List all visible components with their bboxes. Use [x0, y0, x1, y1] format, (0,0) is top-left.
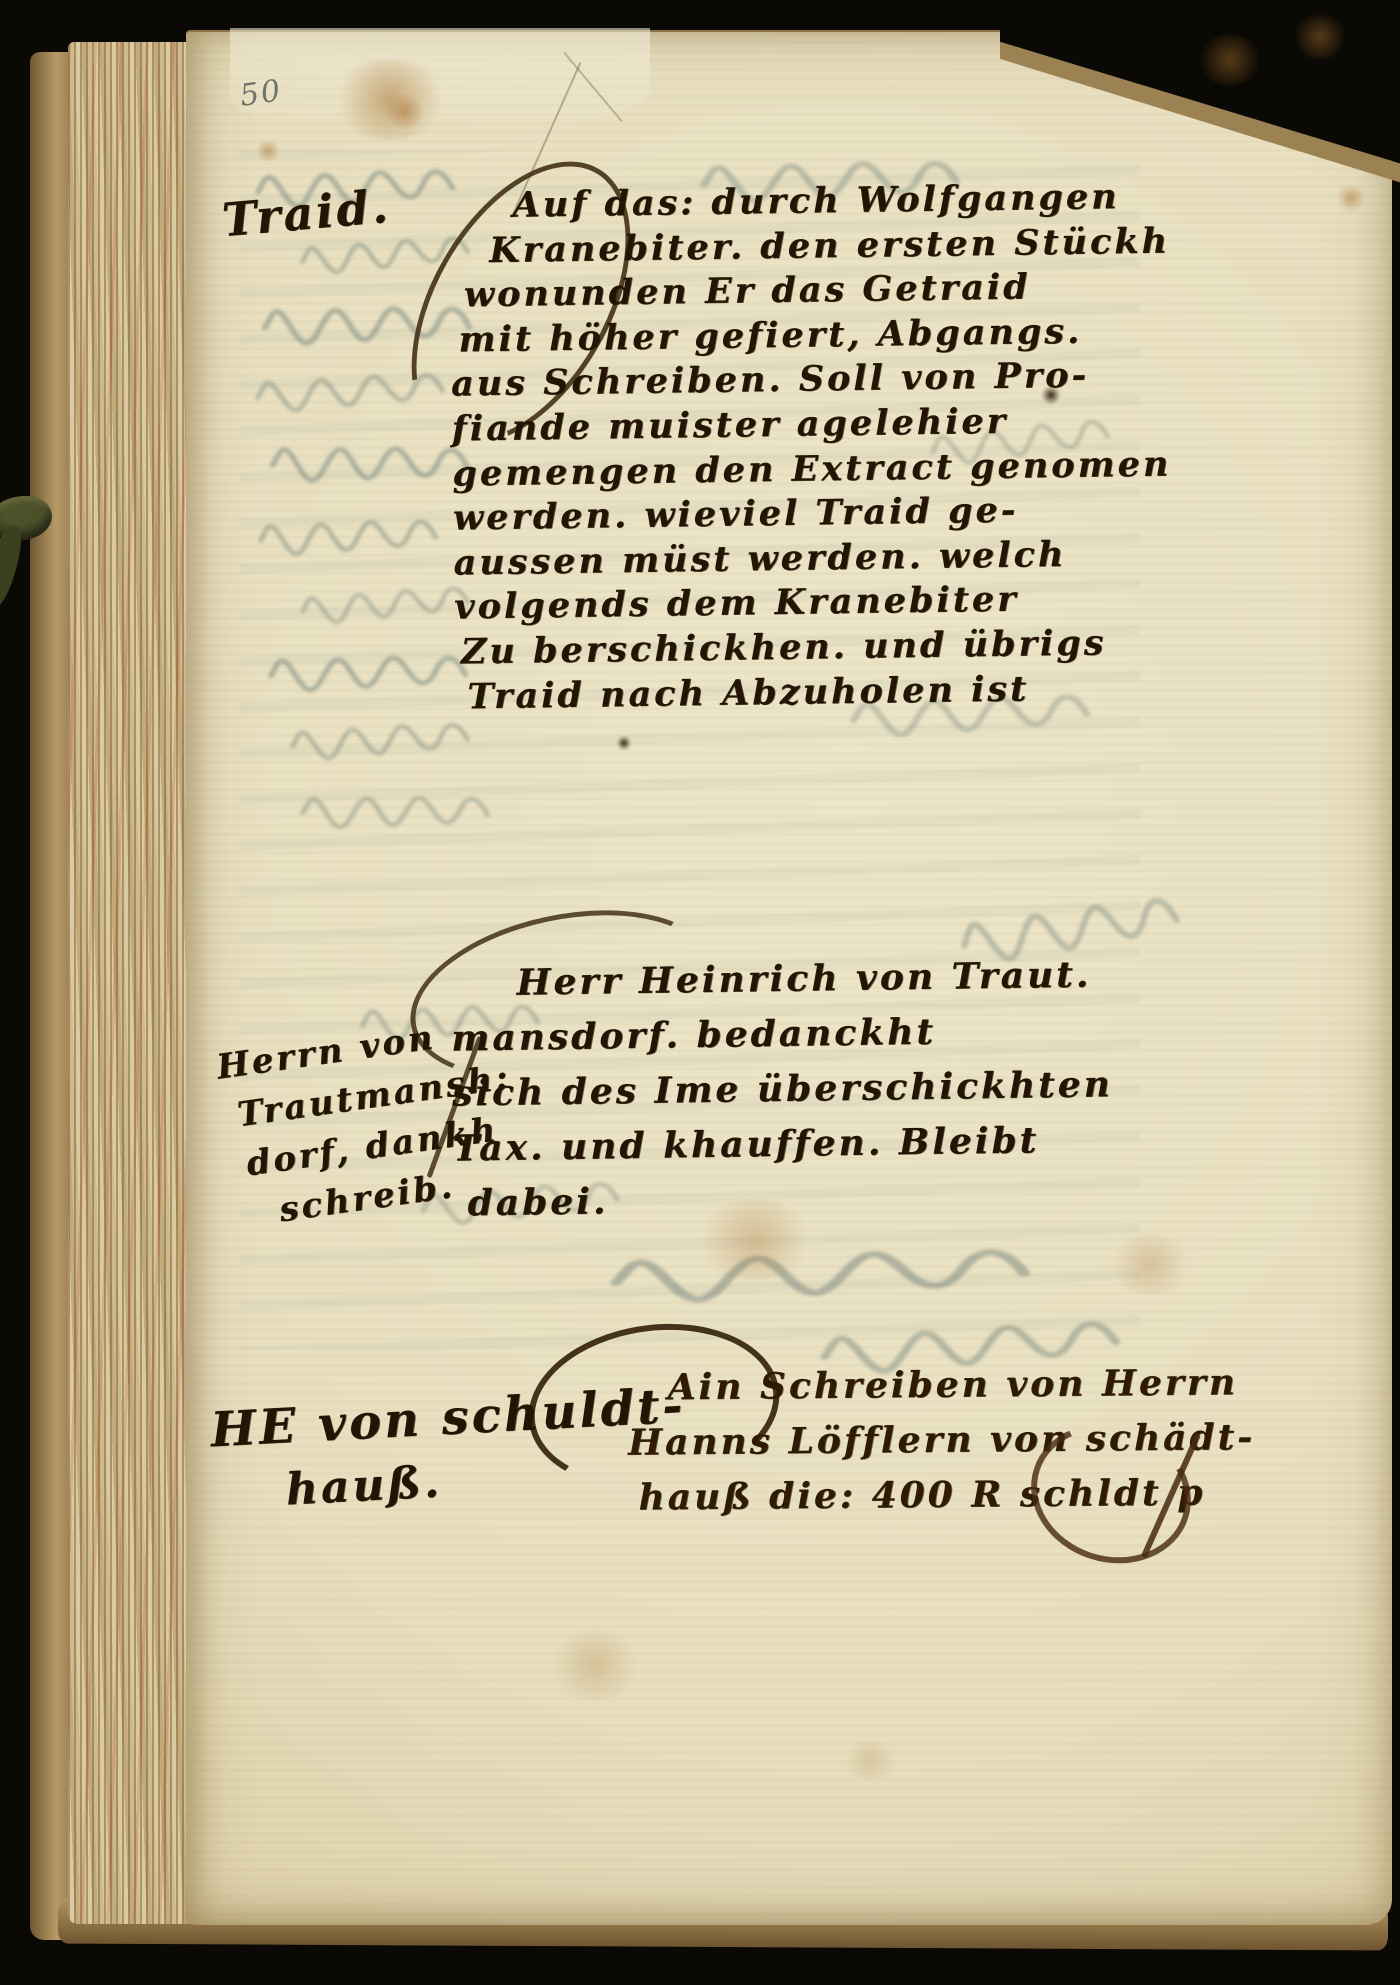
folio-number: 50: [238, 73, 285, 114]
bleed-through-ink: [269, 437, 471, 492]
foxing-stain: [545, 1630, 645, 1700]
foxing-stain: [1336, 185, 1366, 211]
entry-body-1: Auf das: durch Wolfgangen Kranebiter. de…: [448, 175, 1115, 719]
entry-body-2: Herr Heinrich von Traut. mansdorf. bedan…: [450, 947, 1114, 1231]
foxing-stain: [1105, 1235, 1195, 1295]
bleed-through-ink: [299, 787, 490, 838]
manuscript-photo: 50 Traid. Auf das: durch Wolfgangen Kran…: [0, 0, 1400, 1985]
foxing-stain: [255, 140, 281, 162]
foxing-stain: [1195, 35, 1265, 85]
ink-blot: [616, 735, 632, 751]
manuscript-line: Herr Heinrich von Traut.: [450, 947, 1111, 1011]
manuscript-line: sich des Ime überschickhten: [452, 1057, 1113, 1121]
manuscript-line: dabei.: [453, 1167, 1114, 1231]
manuscript-line: Traid nach Abzuholen ist: [455, 666, 1116, 720]
foxing-stain: [1290, 15, 1350, 59]
manuscript-line: Tax. und khauffen. Bleibt: [452, 1112, 1113, 1176]
page-stack-edges: [68, 42, 204, 1924]
foxing-stain: [840, 1740, 900, 1780]
manuscript-line: mansdorf. bedanckht: [451, 1002, 1112, 1066]
foxing-stain: [385, 95, 425, 129]
manuscript-line: Ain Schreiben von Herrn: [597, 1355, 1277, 1416]
manuscript-line: aus Schreiben. Soll von Pro-: [451, 354, 1112, 408]
